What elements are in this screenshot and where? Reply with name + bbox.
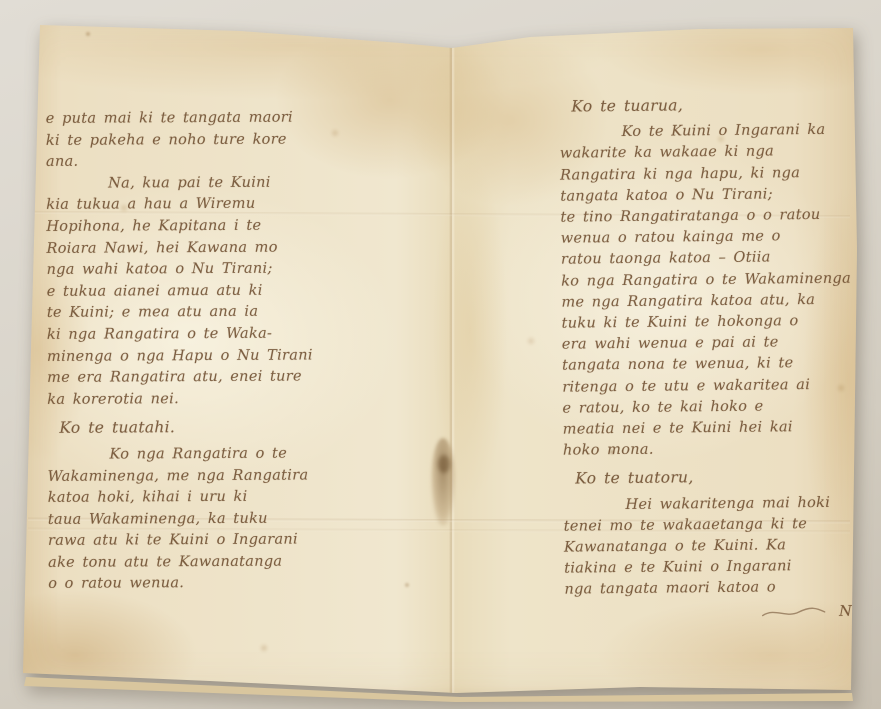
- manuscript-line: taua Wakaminenga, ka tuku: [48, 508, 370, 531]
- manuscript-line: ki nga Rangatira o te Waka-: [47, 323, 369, 346]
- manuscript-line: e puta mai ki te tangata maori: [46, 107, 368, 130]
- foxing-spots: [0, 0, 4, 4]
- manuscript-line: Ko te Kuini o Ingarani ka: [560, 120, 872, 144]
- manuscript-line: ka korerotia nei.: [47, 388, 369, 411]
- top-edge-ink-marks: [0, 0, 3, 2]
- manuscript-line: Ko te tuatahi.: [47, 416, 369, 439]
- center-fold-crease: [449, 42, 455, 694]
- pen-flourish-icon: [761, 604, 835, 621]
- manuscript-line: te Kuini; e mea atu ana ia: [47, 302, 369, 325]
- ink-stain-blob: [431, 438, 455, 526]
- manuscript-line: Wakaminenga, me nga Rangatira: [48, 465, 370, 488]
- manuscript-line: Ko te tuarua,: [559, 93, 871, 117]
- manuscript-line: Roiara Nawi, hei Kawana mo: [46, 237, 368, 260]
- letter-page-left: e puta mai ki te tangata maoriki te pake…: [46, 107, 371, 596]
- manuscript-line: nga tangata maori katoa o: [564, 577, 876, 601]
- ink-stain-core: [438, 455, 450, 473]
- manuscript-line: Ko nga Rangatira o te: [47, 443, 369, 466]
- photo-backdrop: e puta mai ki te tangata maoriki te pake…: [0, 0, 881, 709]
- manuscript-line: o o ratou wenua.: [48, 573, 370, 596]
- letter-page-right: Ko te tuarua,Ko te Kuini o Ingarani kawa…: [559, 93, 877, 625]
- manuscript-line: e tukua aianei amua atu ki: [47, 280, 369, 303]
- manuscript-line: rawa atu ki te Kuini o Ingarani: [48, 529, 370, 552]
- catchword-row: Nu.: [565, 601, 877, 625]
- manuscript-line: Ko te tuatoru,: [563, 466, 875, 490]
- manuscript-line: Hei wakaritenga mai hoki: [563, 492, 875, 516]
- catchword: Nu.: [839, 601, 867, 622]
- manuscript-line: ko nga Rangatira o te Wakaminenga: [561, 268, 873, 292]
- manuscript-line: kia tukua a hau a Wiremu: [46, 194, 368, 217]
- manuscript-line: Na, kua pai te Kuini: [46, 172, 368, 195]
- manuscript-line: ana.: [46, 150, 368, 173]
- manuscript-line: Hopihona, he Kapitana i te: [46, 215, 368, 238]
- manuscript-line: minenga o nga Hapu o Nu Tirani: [47, 345, 369, 368]
- manuscript-line: ake tonu atu te Kawanatanga: [48, 551, 370, 574]
- letter-sheet: e puta mai ki te tangata maoriki te pake…: [0, 0, 881, 709]
- manuscript-line: katoa hoki, kihai i uru ki: [48, 486, 370, 509]
- manuscript-line: hoko mona.: [563, 438, 875, 462]
- manuscript-line: ki te pakeha e noho ture kore: [46, 129, 368, 152]
- manuscript-line: me era Rangatira atu, enei ture: [47, 366, 369, 389]
- manuscript-line: nga wahi katoa o Nu Tirani;: [47, 258, 369, 281]
